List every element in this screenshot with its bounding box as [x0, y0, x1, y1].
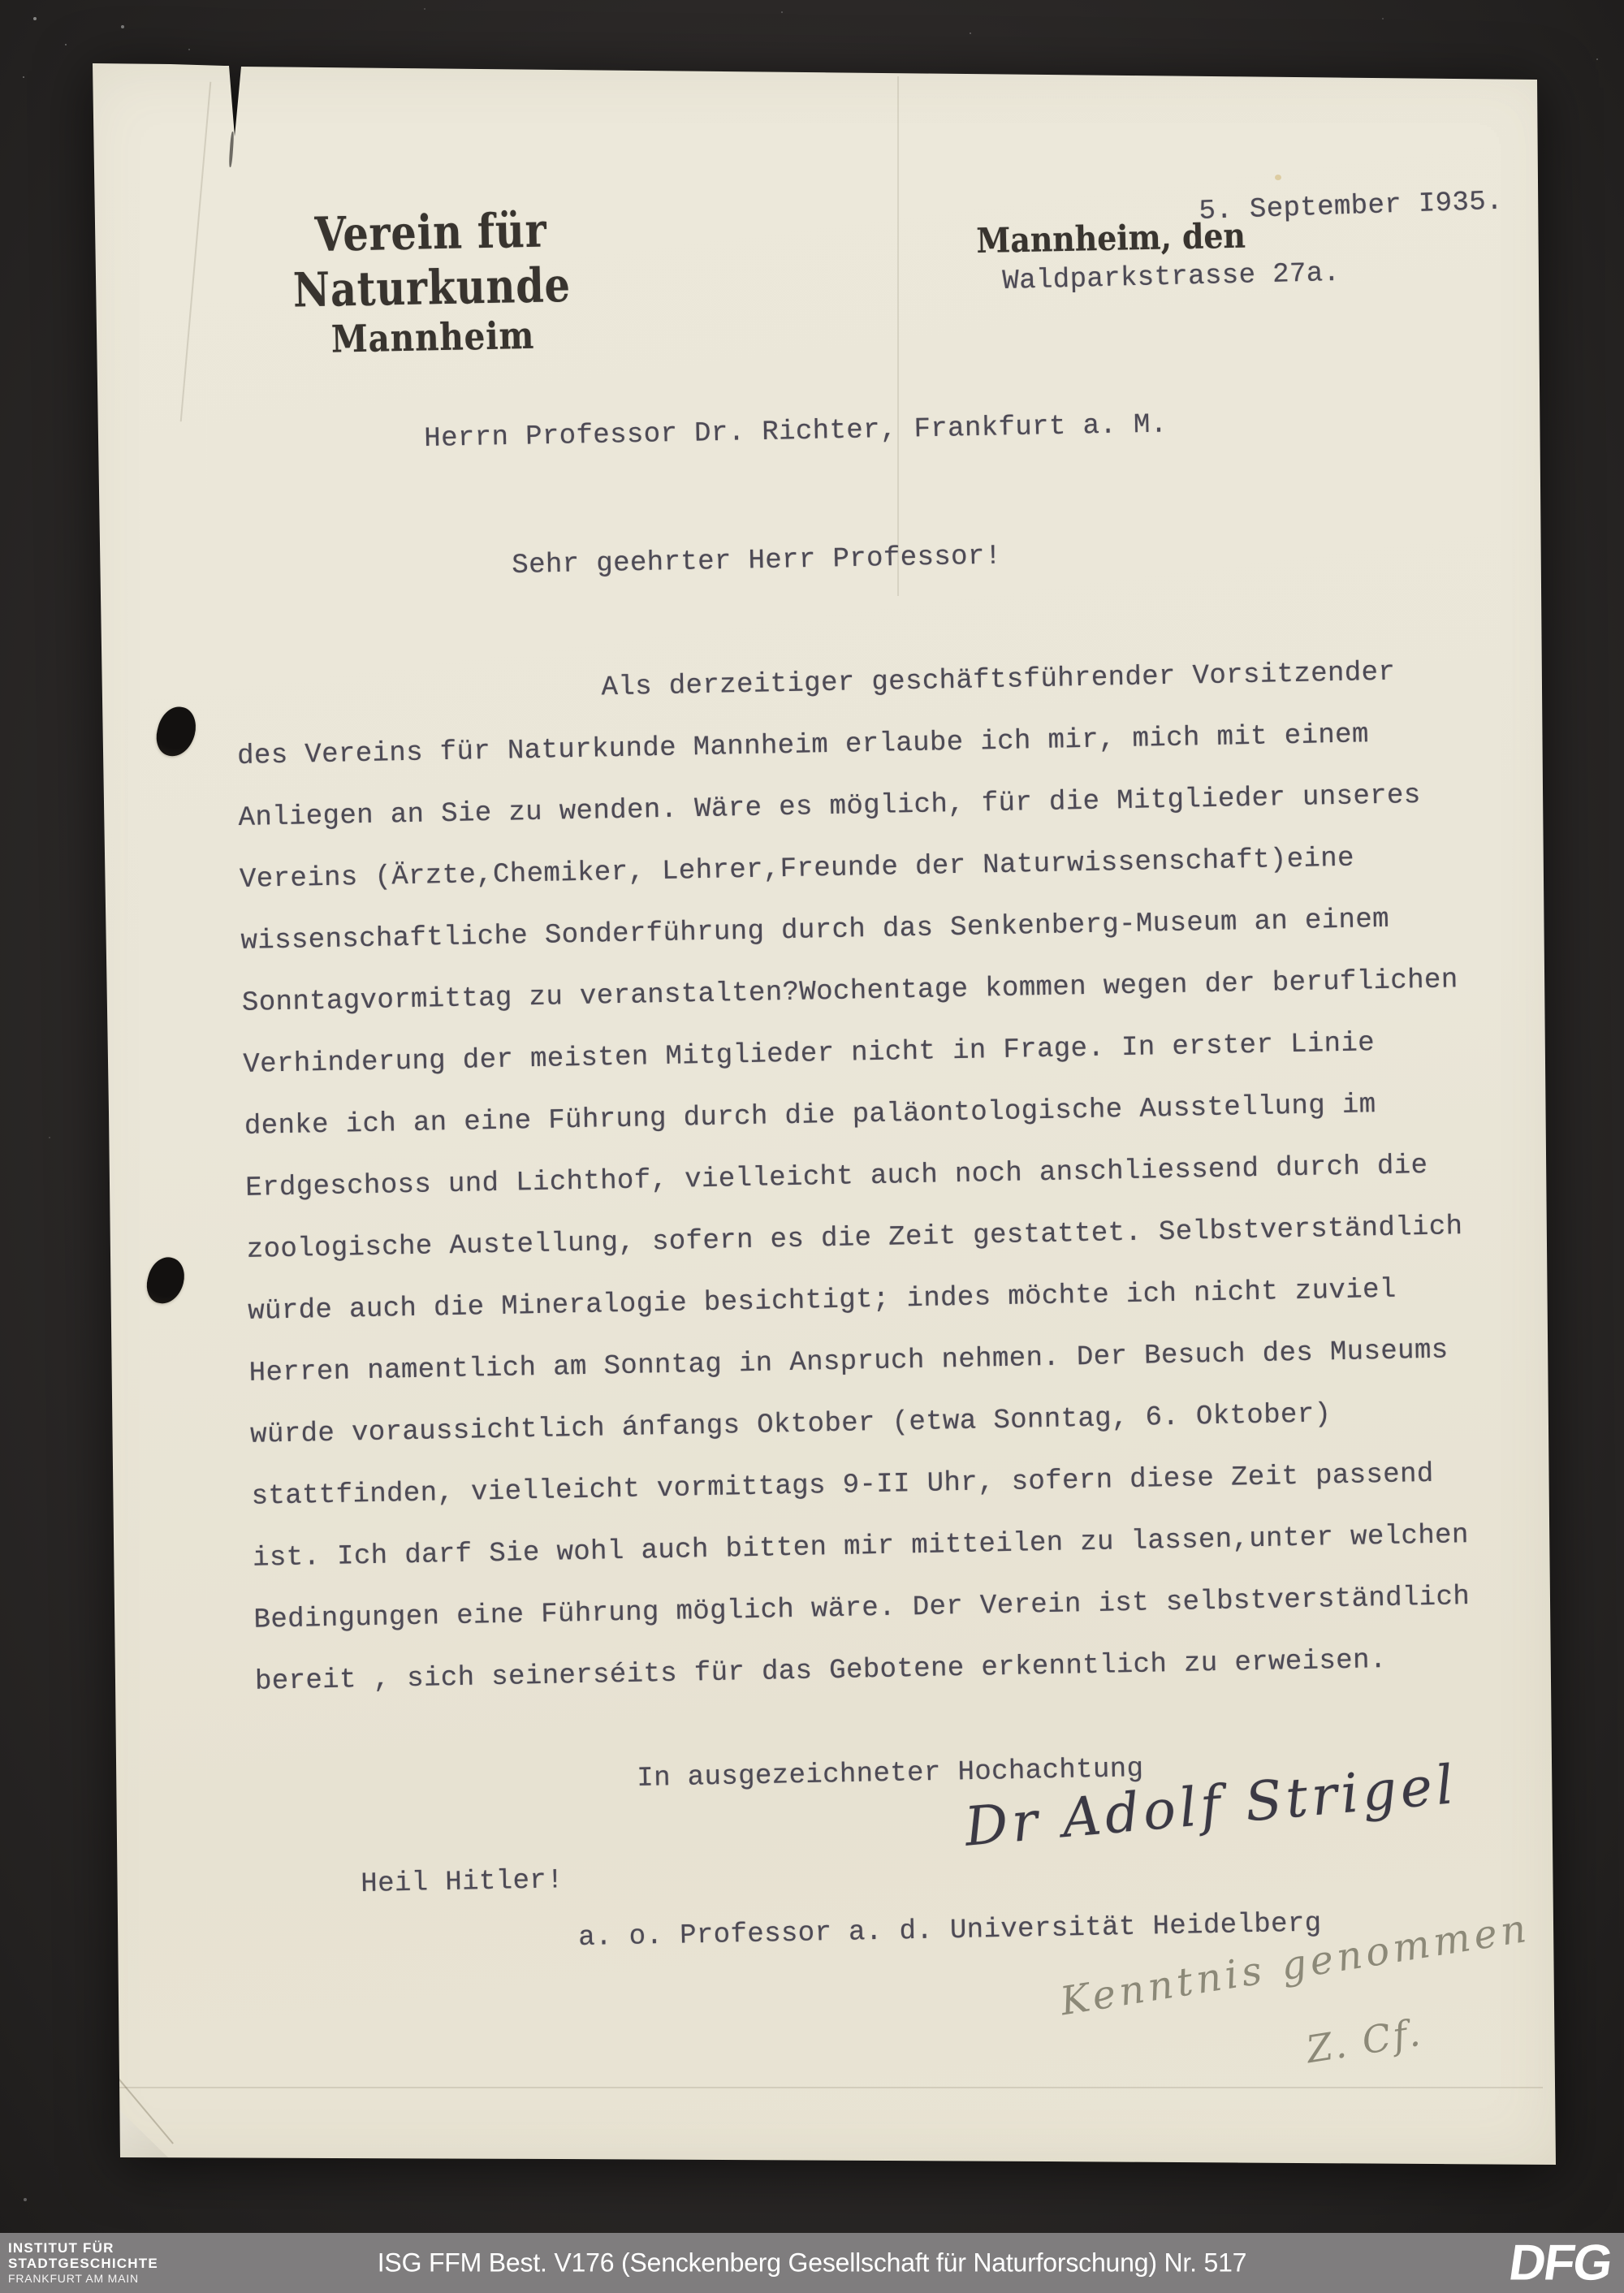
institute-logo: INSTITUT FÜR STADTGESCHICHTE FRANKFURT A… [8, 2240, 158, 2287]
punch-hole-bottom [143, 1254, 189, 1308]
letter-body: Als derzeitiger geschäftsführender Vorsi… [235, 641, 1471, 1713]
salutation: Sehr geehrter Herr Professor! [512, 541, 1002, 581]
archival-scan: Verein für Naturkunde Mannheim Mannheim,… [0, 0, 1624, 2293]
letterhead-organization: Verein für Naturkunde [223, 201, 640, 319]
letterhead-city: Mannheim [218, 311, 648, 363]
recipient-line: Herrn Professor Dr. Richter, Frankfurt a… [424, 409, 1168, 455]
dfg-logo: DFG [1505, 2235, 1615, 2292]
corner-fold [94, 2069, 169, 2158]
signer-title: a. o. Professor a. d. Universität Heidel… [578, 1908, 1322, 1954]
dateline-date: 5. September I935. [1199, 187, 1504, 227]
dust-specks [0, 0, 2, 2]
institute-line1: INSTITUT FÜR [8, 2240, 158, 2256]
letter-page: Verein für Naturkunde Mannheim Mannheim,… [73, 57, 1567, 2176]
paper-tear [228, 132, 234, 167]
institute-line2: STADTGESCHICHTE [8, 2256, 158, 2271]
archive-footer-bar: INSTITUT FÜR STADTGESCHICHTE FRANKFURT A… [0, 2233, 1624, 2293]
party-greeting: Heil Hitler! [361, 1865, 564, 1900]
institute-line3: FRANKFURT AM MAIN [8, 2271, 158, 2287]
paper-crease-bottom [97, 2087, 1543, 2088]
punch-hole-top [152, 702, 201, 760]
pencil-initials: Z. Cf. [1303, 2010, 1425, 2072]
paper-crease-vertical [897, 76, 899, 596]
letterhead: Verein für Naturkunde Mannheim [187, 200, 677, 363]
archive-reference: ISG FFM Best. V176 (Senckenberg Gesellsc… [378, 2248, 1247, 2278]
letter-page-wrap: Verein für Naturkunde Mannheim Mannheim,… [73, 57, 1567, 2176]
dateline-street: Waldparkstrasse 27a. [1002, 258, 1341, 297]
paper-stain [1275, 175, 1281, 180]
